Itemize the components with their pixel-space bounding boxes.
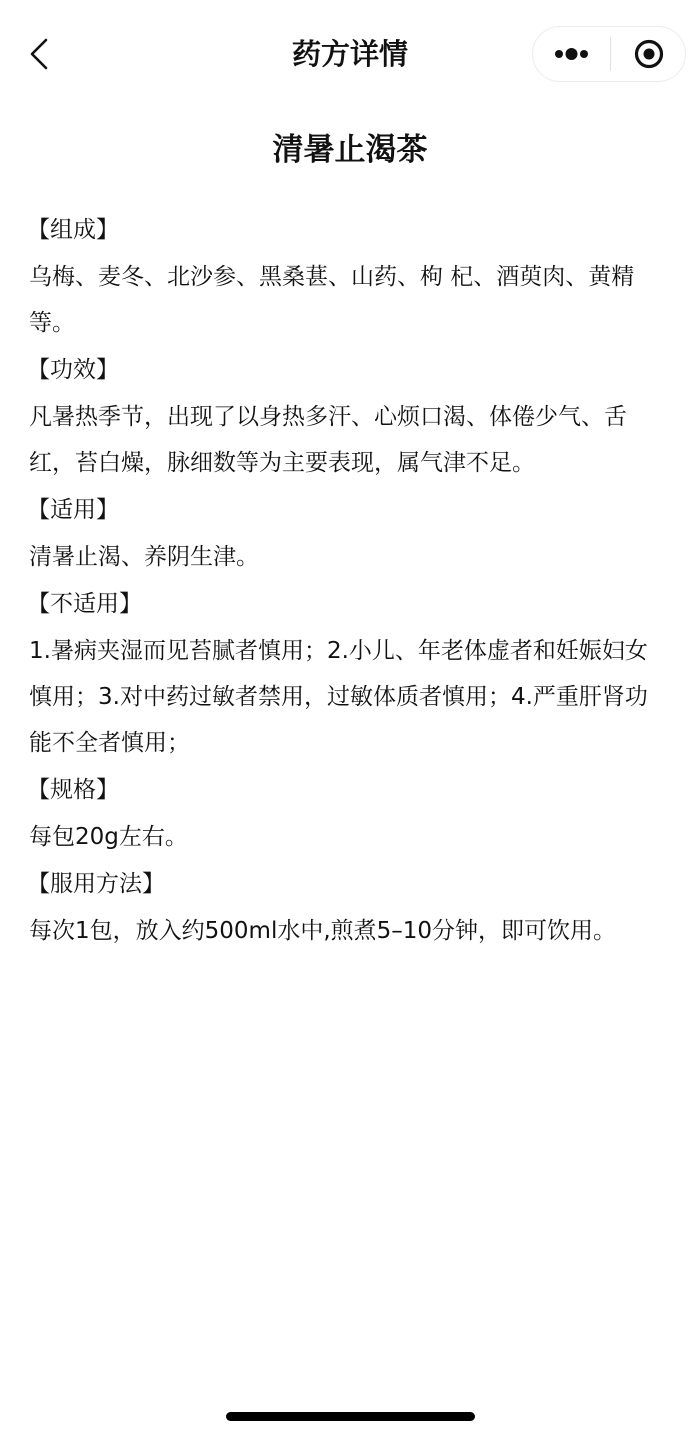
section-heading: 【不适用】	[27, 580, 669, 628]
mini-program-capsule	[532, 26, 686, 82]
section-body: 1.暑病夹湿而见苔腻者慎用；2.小儿、年老体虚者和妊娠妇女慎用；3.对中药过敏者…	[29, 628, 669, 766]
more-dots-icon	[533, 27, 610, 81]
recipe-title: 清暑止渴茶	[0, 127, 700, 173]
section-heading: 【功效】	[27, 346, 669, 394]
close-button[interactable]	[611, 27, 687, 81]
more-button[interactable]	[533, 27, 610, 81]
section-body: 乌梅、麦冬、北沙参、黑桑葚、山药、枸 杞、酒萸肉、黄精等。	[29, 254, 669, 346]
section-usage: 【服用方法】 每次1包，放入约500ml水中,煎煮5–10分钟，即可饮用。	[29, 860, 669, 954]
section-body: 每次1包，放入约500ml水中,煎煮5–10分钟，即可饮用。	[29, 908, 669, 954]
section-heading: 【适用】	[27, 486, 669, 534]
section-composition: 【组成】 乌梅、麦冬、北沙参、黑桑葚、山药、枸 杞、酒萸肉、黄精等。	[29, 206, 669, 346]
navigation-bar: 药方详情	[0, 0, 700, 110]
section-efficacy: 【功效】 凡暑热季节，出现了以身热多汗、心烦口渴、体倦少气、舌红，苔白燥，脉细数…	[29, 346, 669, 486]
section-contraindications: 【不适用】 1.暑病夹湿而见苔腻者慎用；2.小儿、年老体虚者和妊娠妇女慎用；3.…	[29, 580, 669, 766]
section-specification: 【规格】 每包20g左右。	[29, 766, 669, 860]
section-heading: 【服用方法】	[27, 860, 669, 908]
section-heading: 【规格】	[27, 766, 669, 814]
section-heading: 【组成】	[27, 206, 669, 254]
target-circle-icon	[611, 27, 687, 81]
home-indicator[interactable]	[226, 1412, 475, 1421]
recipe-content: 【组成】 乌梅、麦冬、北沙参、黑桑葚、山药、枸 杞、酒萸肉、黄精等。 【功效】 …	[29, 206, 669, 954]
section-body: 清暑止渴、养阴生津。	[29, 534, 669, 580]
section-body: 凡暑热季节，出现了以身热多汗、心烦口渴、体倦少气、舌红，苔白燥，脉细数等为主要表…	[29, 394, 669, 486]
section-applicable: 【适用】 清暑止渴、养阴生津。	[29, 486, 669, 580]
section-body: 每包20g左右。	[29, 814, 669, 860]
